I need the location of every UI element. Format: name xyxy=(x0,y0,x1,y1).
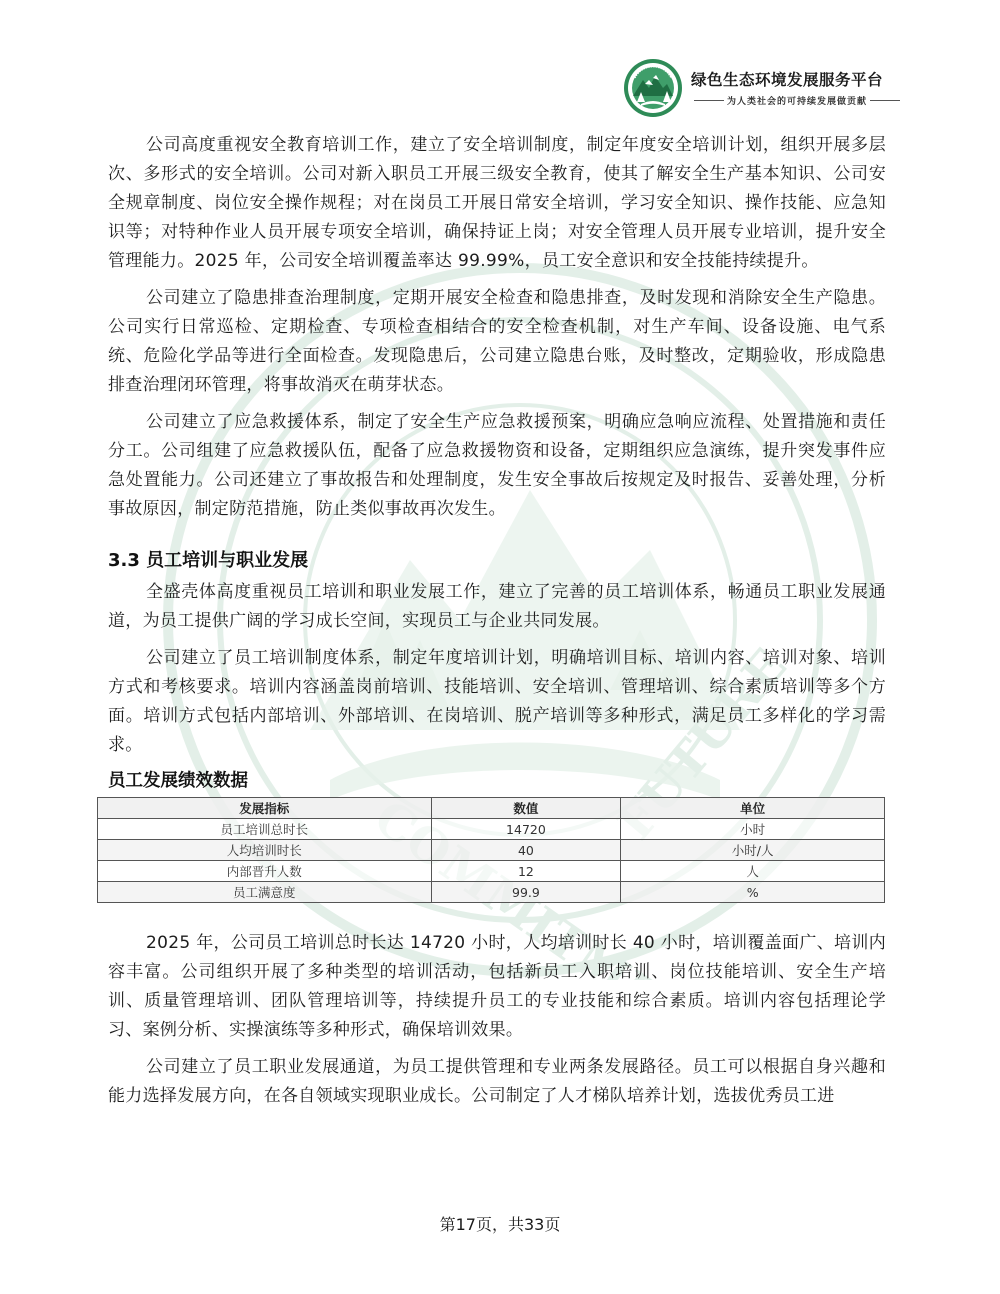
document-body: 公司高度重视安全教育培训工作，建立了安全培训制度，制定年度安全培训计划，组织开展… xyxy=(108,131,886,1119)
paragraph-hazard-inspection: 公司建立了隐患排查治理制度，定期开展安全检查和隐患排查，及时发现和消除安全生产隐… xyxy=(108,284,886,400)
cell-indicator: 内部晋升人数 xyxy=(98,861,432,882)
paragraph-training-overview: 全盛壳体高度重视员工培训和职业发展工作，建立了完善的员工培训体系，畅通员工职业发… xyxy=(108,578,886,636)
page-indicator: 第17页，共33页 xyxy=(0,1212,1000,1235)
green-mountain-seal-icon xyxy=(623,58,683,118)
cell-indicator: 员工满意度 xyxy=(98,882,432,903)
cell-value: 99.9 xyxy=(431,882,621,903)
section-heading: 3.3 员工培训与职业发展 xyxy=(108,546,886,576)
cell-unit: 人 xyxy=(621,861,885,882)
slogan-rule-right xyxy=(870,100,900,101)
table-row: 员工满意度 99.9 % xyxy=(98,882,885,903)
cell-unit: 小时/人 xyxy=(621,840,885,861)
cell-unit: 小时 xyxy=(621,819,885,840)
table-row: 内部晋升人数 12 人 xyxy=(98,861,885,882)
paragraph-emergency-rescue: 公司建立了应急救援体系，制定了安全生产应急救援预案，明确应急响应流程、处置措施和… xyxy=(108,408,886,524)
cell-unit: % xyxy=(621,882,885,903)
cell-value: 14720 xyxy=(431,819,621,840)
column-header-unit: 单位 xyxy=(621,798,885,819)
paragraph-training-system: 公司建立了员工培训制度体系，制定年度培训计划，明确培训目标、培训内容、培训对象、… xyxy=(108,644,886,760)
cell-indicator: 人均培训时长 xyxy=(98,840,432,861)
table-title: 员工发展绩效数据 xyxy=(108,768,886,794)
paragraph-training-results: 2025 年，公司员工培训总时长达 14720 小时，人均培训时长 40 小时，… xyxy=(108,929,886,1045)
paragraph-career-development: 公司建立了员工职业发展通道，为员工提供管理和专业两条发展路径。员工可以根据自身兴… xyxy=(108,1053,886,1111)
table-row: 员工培训总时长 14720 小时 xyxy=(98,819,885,840)
performance-table: 发展指标 数值 单位 员工培训总时长 14720 小时 人均培训时长 40 小时… xyxy=(97,797,885,903)
platform-title: 绿色生态环境发展服务平台 xyxy=(691,70,903,90)
platform-slogan: 为人类社会的可持续发展做贡献 xyxy=(691,94,903,107)
header-logo: 绿色生态环境发展服务平台 为人类社会的可持续发展做贡献 xyxy=(623,58,903,118)
paragraph-safety-training: 公司高度重视安全教育培训工作，建立了安全培训制度，制定年度安全培训计划，组织开展… xyxy=(108,131,886,276)
cell-indicator: 员工培训总时长 xyxy=(98,819,432,840)
cell-value: 12 xyxy=(431,861,621,882)
table-row: 人均培训时长 40 小时/人 xyxy=(98,840,885,861)
slogan-text: 为人类社会的可持续发展做贡献 xyxy=(727,94,867,107)
table-header-row: 发展指标 数值 单位 xyxy=(98,798,885,819)
column-header-indicator: 发展指标 xyxy=(98,798,432,819)
column-header-value: 数值 xyxy=(431,798,621,819)
slogan-rule-left xyxy=(694,100,724,101)
cell-value: 40 xyxy=(431,840,621,861)
